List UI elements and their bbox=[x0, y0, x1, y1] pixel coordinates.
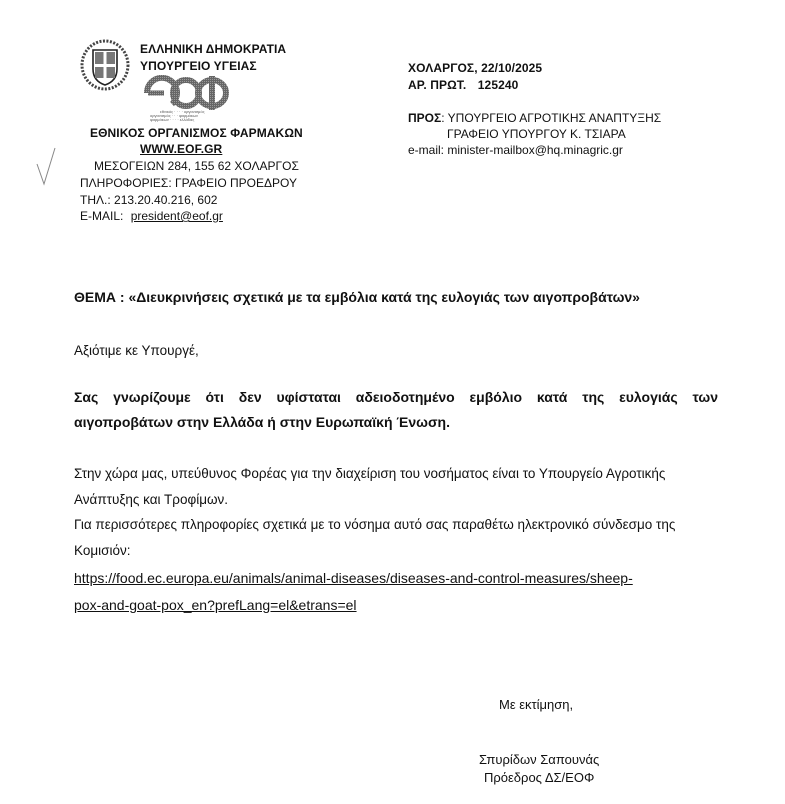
address-text: ΜΕΣΟΓΕΙΩΝ 284, 155 62 ΧΟΛΑΡΓΟΣ bbox=[94, 159, 299, 173]
protocol-number: 125240 bbox=[478, 78, 519, 92]
salutation: Αξιότιμε κε Υπουργέ, bbox=[74, 343, 199, 358]
organization-name: ΕΘΝΙΚΟΣ ΟΡΓΑΝΙΣΜΟΣ ΦΑΡΜΑΚΩΝ bbox=[90, 126, 303, 140]
protocol-row: ΑΡ. ΠΡΩΤ. 125240 bbox=[408, 78, 518, 92]
website-link[interactable]: WWW.EOF.GR bbox=[140, 142, 222, 156]
closing-regards: Με εκτίμηση, bbox=[499, 697, 573, 712]
recipient-ministry: : ΥΠΟΥΡΓΕΙΟ ΑΓΡΟΤΙΚΗΣ ΑΝΑΠΤΥΞΗΣ bbox=[441, 111, 661, 125]
place-date: ΧΟΛΑΡΓΟΣ, 22/10/2025 bbox=[408, 61, 542, 75]
phone-text: ΤΗΛ.: 213.20.40.216, 602 bbox=[80, 193, 217, 207]
more-info-line2: Κομισιόν: bbox=[74, 543, 130, 558]
commission-url-line2[interactable]: pox-and-goat-pox_en?prefLang=el&etrans=e… bbox=[74, 597, 357, 613]
eof-logo-icon bbox=[144, 75, 230, 111]
protocol-label: ΑΡ. ΠΡΩΤ. bbox=[408, 78, 466, 92]
eof-tagline: εθνικός · · · · οργανισμός οργανισμός · … bbox=[150, 110, 205, 122]
responsibility-line1: Στην χώρα μας, υπεύθυνος Φορέας για την … bbox=[74, 466, 665, 481]
ministry-heading: ΥΠΟΥΡΓΕΙΟ ΥΓΕΙΑΣ bbox=[140, 59, 257, 73]
greek-coat-of-arms-icon bbox=[80, 39, 130, 91]
more-info-line1: Για περισσότερες πληροφορίες σχετικά με … bbox=[74, 517, 675, 532]
recipient-email: e-mail: minister-mailbox@hq.minagric.gr bbox=[408, 143, 623, 157]
recipient-line2: ΓΡΑΦΕΙΟ ΥΠΟΥΡΓΟΥ Κ. ΤΣΙΑΡΑ bbox=[447, 127, 626, 141]
email-label: E-MAIL: bbox=[80, 209, 123, 223]
info-text: ΠΛΗΡΟΦΟΡΙΕΣ: ΓΡΑΦΕΙΟ ΠΡΟΕΔΡΟΥ bbox=[80, 176, 297, 190]
notice-line2: αιγοπροβάτων στην Ελλάδα ή στην Ευρωπαϊκ… bbox=[74, 414, 450, 430]
to-label: ΠΡΟΣ bbox=[408, 111, 441, 125]
handwritten-check-mark-icon bbox=[35, 146, 57, 186]
subject-line: ΘΕΜΑ : «Διευκρινήσεις σχετικά με τα εμβό… bbox=[74, 289, 640, 305]
responsibility-line2: Ανάπτυξης και Τροφίμων. bbox=[74, 492, 228, 507]
recipient-line1: ΠΡΟΣ: ΥΠΟΥΡΓΕΙΟ ΑΓΡΟΤΙΚΗΣ ΑΝΑΠΤΥΞΗΣ bbox=[408, 111, 661, 125]
president-email-link[interactable]: president@eof.gr bbox=[131, 209, 223, 223]
signatory-title: Πρόεδρος ΔΣ/ΕΟΦ bbox=[484, 770, 594, 785]
notice-line1: Σας γνωρίζουμε ότι δεν υφίσταται αδειοδο… bbox=[74, 389, 718, 405]
email-row: E-MAIL: president@eof.gr bbox=[80, 209, 223, 223]
commission-url-line1[interactable]: https://food.ec.europa.eu/animals/animal… bbox=[74, 570, 633, 586]
signatory-name: Σπυρίδων Σαπουνάς bbox=[479, 752, 599, 767]
republic-heading: ΕΛΛΗΝΙΚΗ ΔΗΜΟΚΡΑΤΙΑ bbox=[140, 42, 286, 56]
